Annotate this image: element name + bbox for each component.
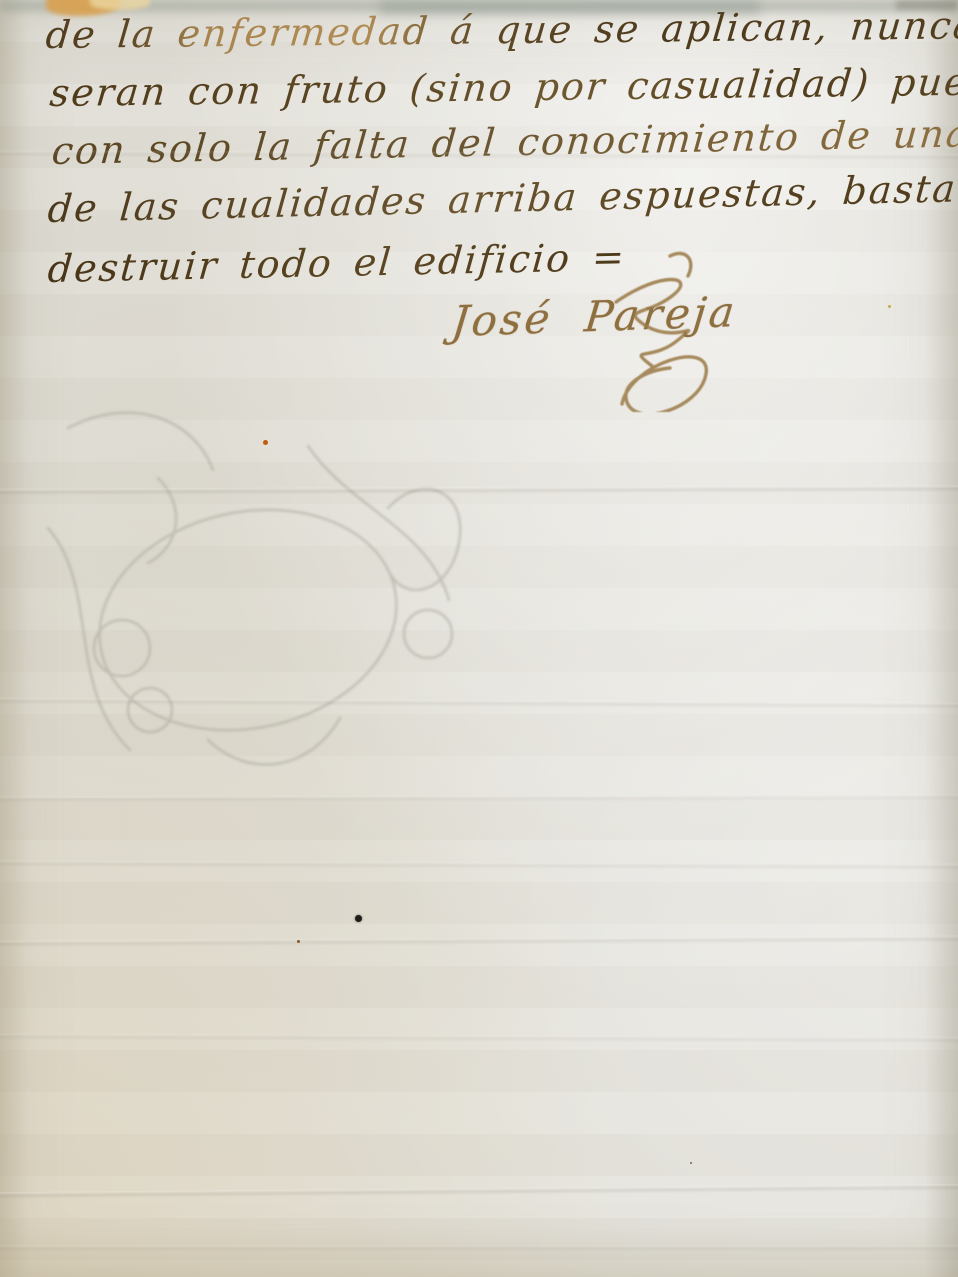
handwritten-line: de la enfermedad á que se aplican, nunca… bbox=[44, 0, 958, 60]
paper-crease bbox=[0, 935, 958, 947]
ink-speck bbox=[690, 1162, 692, 1164]
manuscript-page: de la enfermedad á que se aplican, nunca… bbox=[0, 0, 958, 1277]
handwritten-line: seran con fruto (sino por casualidad) pu… bbox=[48, 56, 958, 118]
ink-speck bbox=[888, 305, 891, 308]
ink-speck bbox=[297, 940, 300, 943]
paper-crease bbox=[0, 1184, 958, 1199]
paper-crease bbox=[0, 860, 958, 870]
paper-crease bbox=[0, 1245, 958, 1252]
paper-crease bbox=[0, 1033, 958, 1043]
handwritten-line: destruir todo el edificio = bbox=[46, 232, 628, 294]
ink-speck bbox=[355, 915, 362, 922]
watermark bbox=[8, 388, 482, 812]
signature-rubric bbox=[600, 246, 732, 412]
